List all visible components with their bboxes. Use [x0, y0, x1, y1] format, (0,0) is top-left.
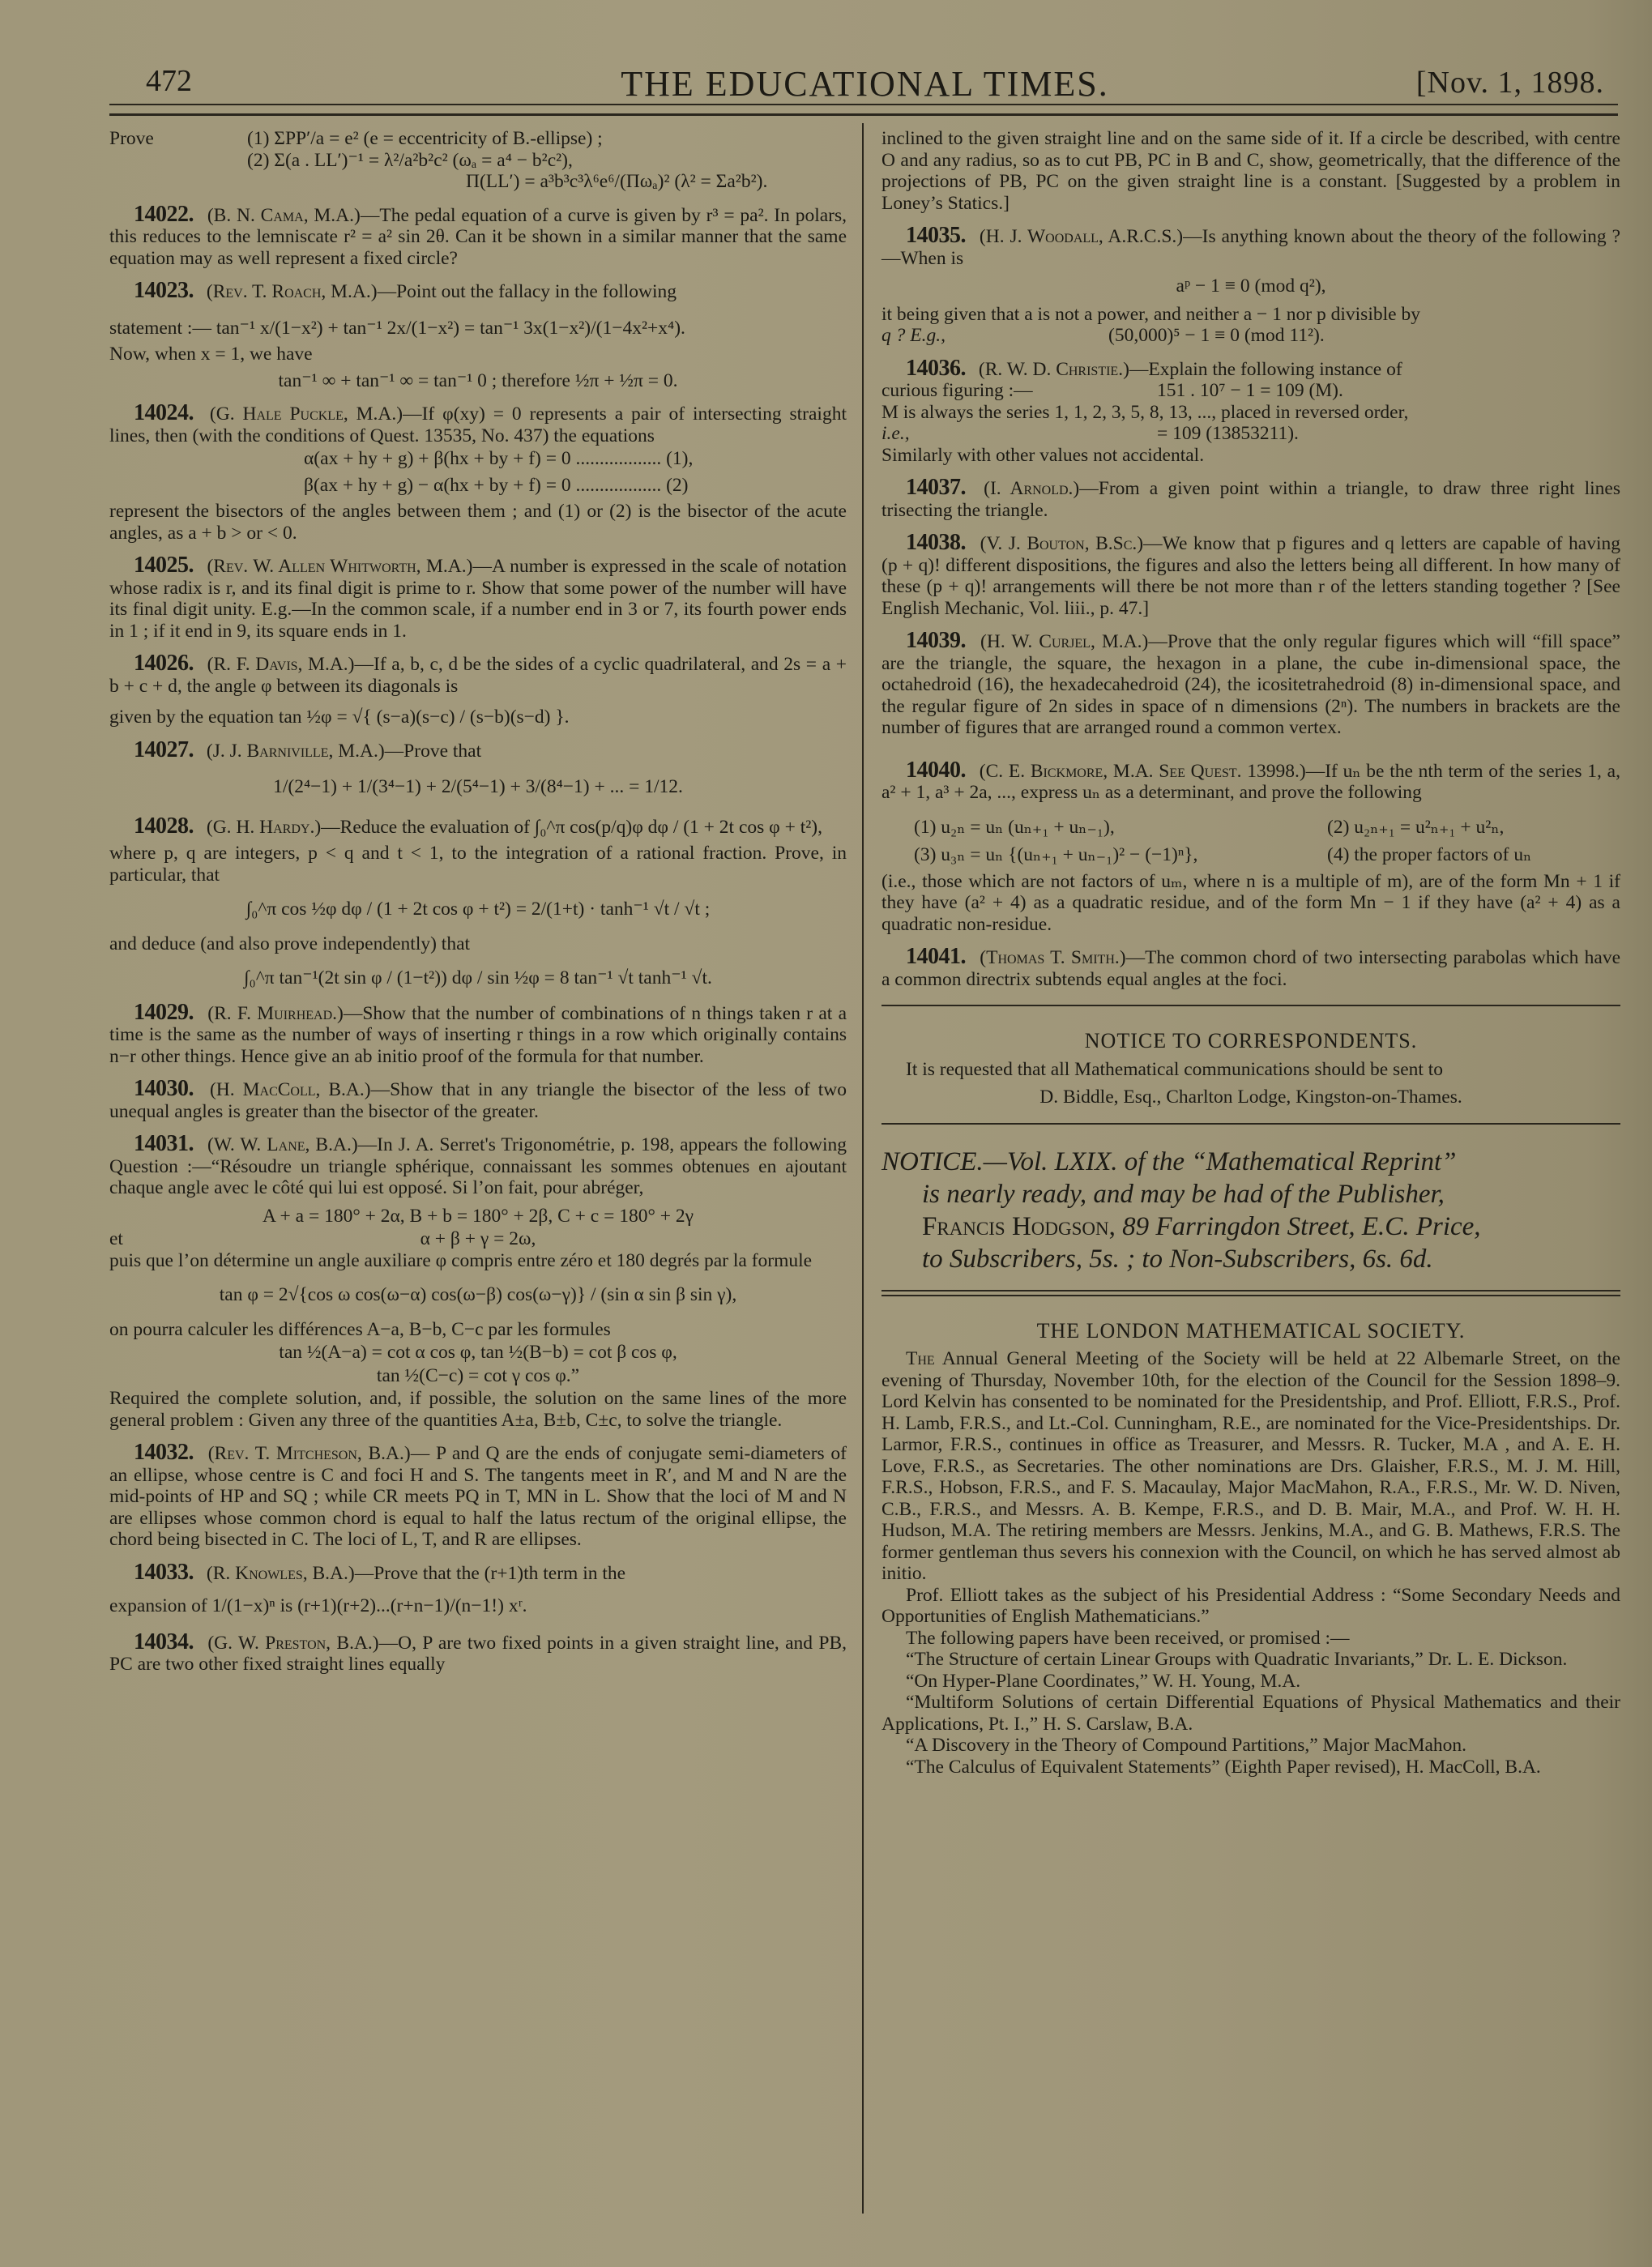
equation-4: (4) the proper factors of uₙ — [1327, 844, 1531, 866]
equation-1: A + a = 180° + 2α, B + b = 180° + 2β, C … — [109, 1206, 847, 1227]
notice-to-correspondents: NOTICE TO CORRESPONDENTS. It is requeste… — [881, 1031, 1620, 1108]
question-14027: 14027. (J. J. Barniville, M.A.)—Prove th… — [109, 740, 847, 798]
question-number: 14040. — [906, 758, 966, 783]
question-14040: 14040. (C. E. Bickmore, M.A. See Quest. … — [881, 760, 1620, 936]
question-14038: 14038. (V. J. Bouton, B.Sc.)—We know tha… — [881, 532, 1620, 619]
eg-label: q ? E.g., — [881, 325, 1108, 347]
lms-paragraph-3: The following papers have been received,… — [881, 1628, 1620, 1650]
equation-1: aᵖ − 1 ≡ 0 (mod q²), — [881, 275, 1620, 297]
question-text: it being given that a is not a power, an… — [881, 304, 1620, 326]
notice-title: NOTICE TO CORRESPONDENTS. — [881, 1031, 1620, 1052]
question-text: —Point out the fallacy in the following — [378, 281, 677, 302]
question-14024: 14024. (G. Hale Puckle, M.A.)—If φ(xy) =… — [109, 403, 847, 544]
question-number: 14032. — [134, 1440, 194, 1465]
notice-address: D. Biddle, Esq., Charlton Lodge, Kingsto… — [881, 1087, 1620, 1108]
question-author: (V. J. Bouton, B.Sc.) — [980, 533, 1144, 554]
question-author: (R. F. Muirhead.) — [207, 1003, 344, 1024]
section-divider — [881, 1005, 1620, 1006]
prove-line-1: (1) ΣPP′/a = e² (e = eccentricity of B.-… — [247, 128, 847, 150]
question-author: (Rev. T. Mitcheson, B.A.) — [208, 1443, 411, 1464]
question-text: —Explain the following instance of — [1129, 359, 1402, 380]
reprint-line-1: NOTICE.—Vol. LXIX. of the “Mathematical … — [881, 1146, 1620, 1178]
question-author: (Rev. T. Roach, M.A.) — [207, 281, 378, 302]
question-14025: 14025. (Rev. W. Allen Whitworth, M.A.)—A… — [109, 555, 847, 642]
question-14028: 14028. (G. H. Hardy.)—Reduce the evaluat… — [109, 816, 847, 989]
paper-item: “On Hyper-Plane Coordinates,” W. H. Youn… — [881, 1671, 1620, 1693]
equation: expansion of 1/(1−x)ⁿ is (r+1)(r+2)...(r… — [109, 1595, 847, 1617]
issue-date: [Nov. 1, 1898. — [1416, 65, 1604, 100]
question-author: (Thomas T. Smith.) — [980, 947, 1125, 968]
question-author: (H. MacColl, B.A.) — [210, 1079, 371, 1100]
question-14029: 14029. (R. F. Muirhead.)—Show that the n… — [109, 1002, 847, 1068]
question-number: 14027. — [134, 737, 194, 762]
section-divider — [881, 1123, 1620, 1125]
question-number: 14022. — [134, 202, 194, 227]
equation: statement :— tan⁻¹ x/(1−x²) + tan⁻¹ 2x/(… — [109, 318, 847, 339]
equation: tan⁻¹ ∞ + tan⁻¹ ∞ = tan⁻¹ 0 ; therefore … — [109, 370, 847, 392]
question-number: 14039. — [906, 628, 966, 653]
reprint-line-2: is nearly ready, and may be had of the P… — [881, 1178, 1620, 1210]
header-rule-top — [109, 104, 1618, 105]
section-divider-double — [881, 1290, 1620, 1296]
question-14026: 14026. (R. F. Davis, M.A.)—If a, b, c, d… — [109, 653, 847, 728]
question-14034-continued: inclined to the given straight line and … — [881, 128, 1620, 214]
paper-item: “The Structure of certain Linear Groups … — [881, 1649, 1620, 1671]
question-number: 14034. — [134, 1629, 194, 1654]
question-number: 14026. — [134, 651, 194, 676]
equation-3: tan φ = 2√{cos ω cos(ω−α) cos(ω−β) cos(ω… — [109, 1284, 847, 1306]
column-divider — [862, 123, 864, 2214]
question-14035: 14035. (H. J. Woodall, A.R.C.S.)—Is anyt… — [881, 225, 1620, 347]
question-number: 14035. — [906, 223, 966, 248]
question-number: 14028. — [134, 813, 194, 839]
question-text: —Reduce the evaluation of ∫₀^π cos(p/q)φ… — [321, 817, 822, 838]
lms-lead: The — [906, 1348, 935, 1369]
question-author: (G. H. Hardy.) — [207, 817, 321, 838]
question-number: 14038. — [906, 530, 966, 555]
question-14030: 14030. (H. MacColl, B.A.)—Show that in a… — [109, 1078, 847, 1122]
question-text: Now, when x = 1, we have — [109, 344, 847, 365]
reprint-notice: NOTICE.—Vol. LXIX. of the “Mathematical … — [881, 1146, 1620, 1275]
equation: 1/(2⁴−1) + 1/(3⁴−1) + 2/(5⁴−1) + 3/(8⁴−1… — [109, 776, 847, 798]
equation-2: β(ax + hy + g) − α(hx + by + f) = 0 ....… — [109, 475, 847, 497]
question-number: 14037. — [906, 475, 966, 500]
left-column: Prove (1) ΣPP′/a = e² (e = eccentricity … — [109, 123, 847, 1687]
question-author: (H. W. Curjel, M.A.) — [980, 631, 1148, 652]
question-14023: 14023. (Rev. T. Roach, M.A.)—Point out t… — [109, 280, 847, 391]
question-author: (C. E. Bickmore, M.A. See Quest. 13998.) — [980, 761, 1306, 782]
question-text: curious figuring :— — [881, 380, 1157, 402]
paper-item: “A Discovery in the Theory of Compound P… — [881, 1735, 1620, 1757]
equation: given by the equation tan ½φ = √{ (s−a)(… — [109, 707, 847, 728]
equation-1: α(ax + hy + g) + β(hx + by + f) = 0 ....… — [109, 448, 847, 470]
question-14039: 14039. (H. W. Curjel, M.A.)—Prove that t… — [881, 630, 1620, 739]
right-column: inclined to the given straight line and … — [881, 123, 1620, 1778]
question-author: (G. W. Preston, B.A.) — [207, 1633, 378, 1654]
question-14031: 14031. (W. W. Lane, B.A.)—In J. A. Serre… — [109, 1133, 847, 1431]
notice-text: It is requested that all Mathematical co… — [881, 1059, 1620, 1081]
ie-label: i.e., — [881, 423, 1157, 445]
prove-line-3: Π(LL′) = a³b³c³λ⁶e⁶/(Πωₐ)² (λ² = Σa²b²). — [247, 171, 847, 193]
question-text: (i.e., those which are not factors of uₘ… — [881, 871, 1620, 936]
question-author: (R. Knowles, B.A.) — [207, 1563, 355, 1584]
question-text: on pourra calculer les différences A−a, … — [109, 1319, 847, 1341]
question-author: (J. J. Barniville, M.A.) — [207, 741, 385, 762]
question-14033: 14033. (R. Knowles, B.A.)—Prove that the… — [109, 1562, 847, 1617]
question-text: represent the bisectors of the angles be… — [109, 501, 847, 544]
equation-2: α + β + γ = 2ω, — [207, 1228, 847, 1250]
lms-paragraph-2: Prof. Elliott takes as the subject of hi… — [881, 1585, 1620, 1628]
question-number: 14029. — [134, 1000, 194, 1025]
question-author: (I. Arnold.) — [984, 478, 1079, 499]
question-author: (R. W. D. Christie.) — [979, 359, 1129, 380]
paper-item: “The Calculus of Equivalent Statements” … — [881, 1757, 1620, 1778]
reprint-line-4: to Subscribers, 5s. ; to Non-Subscribers… — [881, 1243, 1620, 1275]
question-14037: 14037. (I. Arnold.)—From a given point w… — [881, 477, 1620, 521]
equation-2: (50,000)⁵ − 1 ≡ 0 (mod 11²). — [1108, 325, 1325, 347]
equation-3: (3) u₃ₙ = uₙ {(uₙ₊₁ + uₙ₋₁)² − (−1)ⁿ}, — [914, 844, 1327, 866]
publisher-name: Francis Hodgson, — [922, 1212, 1116, 1241]
question-number: 14036. — [906, 356, 966, 381]
question-number: 14023. — [134, 278, 194, 303]
question-number: 14025. — [134, 553, 194, 578]
question-number: 14031. — [134, 1131, 194, 1156]
question-number: 14041. — [906, 944, 966, 969]
question-text: Required the complete solution, and, if … — [109, 1388, 847, 1431]
question-author: (R. F. Davis, M.A.) — [207, 654, 355, 675]
question-number: 14033. — [134, 1560, 194, 1585]
paper-item: “Multiform Solutions of certain Differen… — [881, 1692, 1620, 1735]
question-14032: 14032. (Rev. T. Mitcheson, B.A.)— P and … — [109, 1442, 847, 1551]
question-author: (B. N. Cama, M.A.) — [207, 205, 361, 226]
question-14034: 14034. (G. W. Preston, B.A.)—O, P are tw… — [109, 1632, 847, 1676]
question-text: —Prove that the (r+1)th term in the — [355, 1563, 625, 1584]
question-text: Similarly with other values not accident… — [881, 445, 1620, 467]
equation-1: (1) u₂ₙ = uₙ (uₙ₊₁ + uₙ₋₁), — [914, 817, 1327, 839]
equation-2: (2) u₂ₙ₊₁ = u²ₙ₊₁ + u²ₙ, — [1327, 817, 1504, 839]
et-label: et — [109, 1228, 207, 1250]
question-text: where p, q are integers, p < q and t < 1… — [109, 843, 847, 886]
prove-label: Prove — [109, 128, 247, 150]
equation-2: ∫₀^π tan⁻¹(2t sin φ / (1−t²)) dφ / sin ½… — [109, 967, 847, 989]
question-number: 14030. — [134, 1076, 194, 1101]
equation-4: tan ½(A−a) = cot α cos φ, tan ½(B−b) = c… — [109, 1342, 847, 1364]
london-mathematical-society: THE LONDON MATHEMATICAL SOCIETY. The Ann… — [881, 1321, 1620, 1778]
equation-1: 151 . 10⁷ − 1 = 109 (M). — [1157, 380, 1343, 402]
question-text: puis que l’on détermine un angle auxilia… — [109, 1250, 847, 1272]
question-author: (W. W. Lane, B.A.) — [207, 1134, 358, 1155]
question-text: M is always the series 1, 1, 2, 3, 5, 8,… — [881, 402, 1620, 424]
masthead-title: THE EDUCATIONAL TIMES. — [109, 63, 1620, 105]
lms-paragraph-1: Annual General Meeting of the Society wi… — [881, 1348, 1620, 1584]
question-14041: 14041. (Thomas T. Smith.)—The common cho… — [881, 946, 1620, 990]
prove-line-2: (2) Σ(a . LL′)⁻¹ = λ²/a²b²c² (ωₐ = a⁴ − … — [247, 150, 847, 172]
header-rule-bottom — [109, 113, 1618, 116]
question-text: —Prove that — [385, 741, 481, 762]
question-number: 14024. — [134, 400, 194, 425]
reprint-line-3: 89 Farringdon Street, E.C. Price, — [1116, 1212, 1481, 1241]
question-text: and deduce (and also prove independently… — [109, 933, 847, 955]
question-author: (Rev. W. Allen Whitworth, M.A.) — [207, 556, 472, 577]
equation-5: tan ½(C−c) = cot γ cos φ.” — [109, 1365, 847, 1387]
question-14036: 14036. (R. W. D. Christie.)—Explain the … — [881, 358, 1620, 467]
lms-title: THE LONDON MATHEMATICAL SOCIETY. — [881, 1321, 1620, 1343]
equation-2: = 109 (13853211). — [1157, 423, 1299, 445]
question-author: (G. Hale Puckle, M.A.) — [210, 403, 403, 425]
prove-block: Prove (1) ΣPP′/a = e² (e = eccentricity … — [109, 128, 847, 193]
question-14022: 14022. (B. N. Cama, M.A.)—The pedal equa… — [109, 204, 847, 270]
question-author: (H. J. Woodall, A.R.C.S.) — [980, 226, 1183, 247]
equation-1: ∫₀^π cos ½φ dφ / (1 + 2t cos φ + t²) = 2… — [109, 899, 847, 920]
